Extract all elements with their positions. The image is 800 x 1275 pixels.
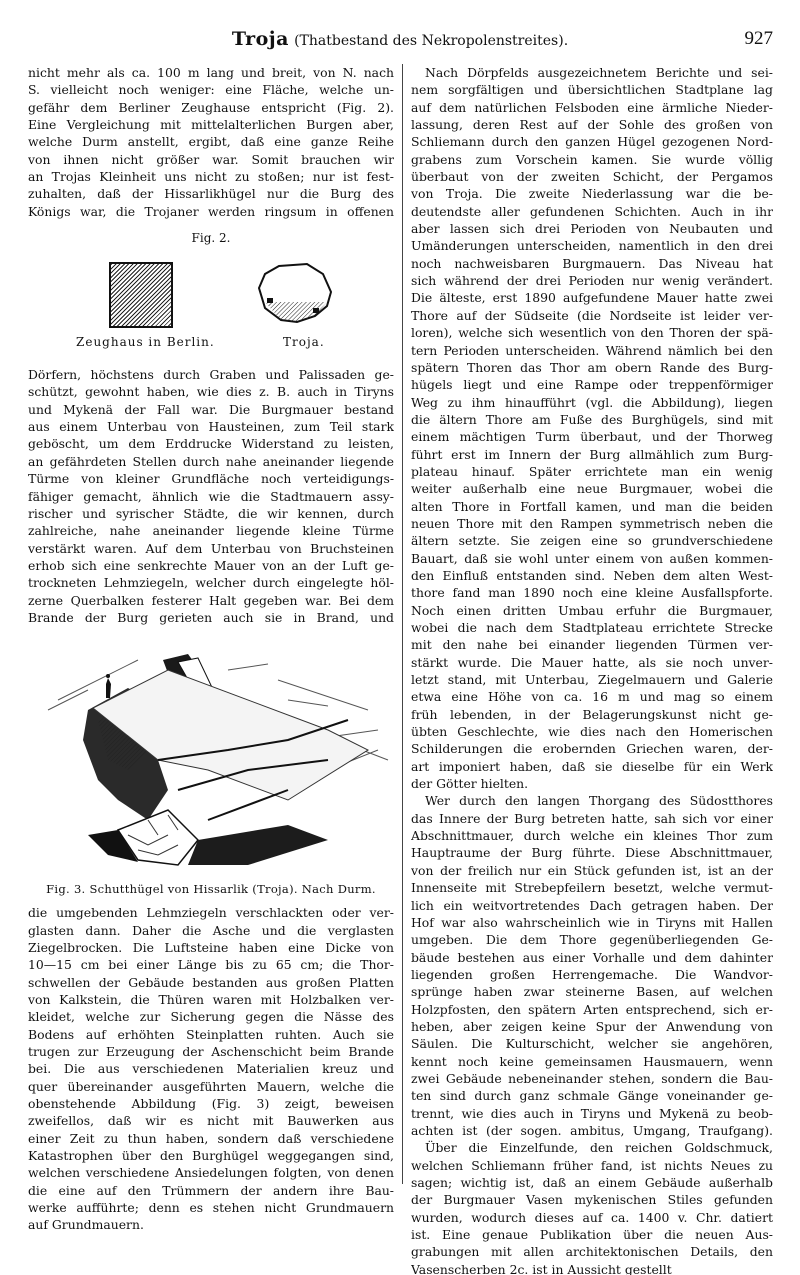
text-line: von ihnen nicht größer war. Somit brauch…: [28, 151, 394, 168]
figure-3: Fig. 3. Schutthügel von Hissarlik (Troja…: [28, 640, 394, 898]
zeughaus-plan-illustration: [109, 262, 173, 328]
text-line: etwa eine Höhe von ca. 16 m und mag so e…: [411, 688, 773, 705]
left-column: nicht mehr als ca. 100 m lang und breit,…: [28, 64, 394, 1234]
text-line: weiter außerhalb eine neue Burgmauer, wo…: [411, 480, 773, 497]
text-line: welchen verschiedene Ansiedelungen folgt…: [28, 1164, 394, 1181]
text-line: die umgebenden Lehmziegeln verschlackten…: [28, 904, 394, 921]
troja-plan-illustration: [257, 262, 333, 326]
text-line: Nach Dörpfelds ausgezeichnetem Berichte …: [411, 64, 773, 81]
text-line: Türme von kleiner Grundfläche noch verte…: [28, 470, 394, 487]
text-line: Katastrophen über den Burghügel weggegan…: [28, 1147, 394, 1164]
text-line: noch nachweisbaren Burgmauern. Das Nivea…: [411, 255, 773, 272]
page-number: 927: [745, 28, 774, 50]
text-line: trennt, wie dies auch in Tiryns und Myke…: [411, 1105, 773, 1122]
text-line: einer Zeit zu thun haben, sondern daß ve…: [28, 1130, 394, 1147]
text-line: welchen Schliemann früher fand, ist nich…: [411, 1157, 773, 1174]
right-paragraph-2: Wer durch den langen Thorgang des Südost…: [411, 792, 773, 1139]
text-line: stärkt wurde. Die Mauer hatte, als sie n…: [411, 654, 773, 671]
text-line: fähiger gemacht, ähnlich wie die Stadtma…: [28, 488, 394, 505]
text-line: ten sind durch ganz schmale Gänge vonein…: [411, 1087, 773, 1104]
right-paragraph-1: Nach Dörpfelds ausgezeichnetem Berichte …: [411, 64, 773, 792]
text-line: Holzpfosten, den spätern Arten entsprech…: [411, 1001, 773, 1018]
figure-2-label-troja: Troja.: [283, 334, 325, 351]
text-line: einem mächtigen Turm überbaut, und der T…: [411, 428, 773, 445]
text-line: Königs war, die Trojaner werden ringsum …: [28, 203, 394, 220]
text-line: führt erst im Innern der Burg allmählich…: [411, 446, 773, 463]
figure-2-caption: Fig. 2.: [28, 230, 394, 247]
left-paragraph-3: die umgebenden Lehmziegeln verschlackten…: [28, 904, 394, 1234]
text-line: von Kalkstein, die Thüren waren mit Holz…: [28, 991, 394, 1008]
left-paragraph-2: Dörfern, höchstens durch Graben und Pali…: [28, 366, 394, 626]
text-line: S. vielleicht noch weniger: eine Fläche,…: [28, 81, 394, 98]
text-line: bäude bestehen aus einer Vorhalle und de…: [411, 949, 773, 966]
figure-2: Fig. 2. Zeughaus in Berlin. Troja.: [28, 230, 394, 358]
text-line: Schliemann durch den ganzen Hügel gezoge…: [411, 133, 773, 150]
text-line: aber lassen sich drei Perioden von Neuba…: [411, 220, 773, 237]
text-line: thore fand man 1890 noch eine kleine Aus…: [411, 584, 773, 601]
text-line: Abschnittmauer, durch welche ein kleines…: [411, 827, 773, 844]
text-line: zwei Gebäude nebeneinander stehen, sonde…: [411, 1070, 773, 1087]
text-line: an gefährdeten Stellen durch nahe aneina…: [28, 453, 394, 470]
text-line: sagen; wichtig ist, daß an einem Gebäude…: [411, 1174, 773, 1191]
text-line: trugen zur Erzeugung der Aschenschicht b…: [28, 1043, 394, 1060]
text-line: alten Thore in Fortfall kamen, und man d…: [411, 498, 773, 515]
text-line: schützt, gewohnt haben, wie dies z. B. a…: [28, 383, 394, 400]
text-line: ist. Eine genaue Publikation über die ne…: [411, 1226, 773, 1243]
text-line: 10—15 cm bei einer Länge bis zu 65 cm; d…: [28, 956, 394, 973]
text-line: verstärkt waren. Auf dem Unterbau von Br…: [28, 540, 394, 557]
title-main: Troja: [232, 28, 289, 50]
text-line: plateau hinauf. Später errichtete man ei…: [411, 463, 773, 480]
text-line: ältern setzte. Sie zeigen eine so grundv…: [411, 532, 773, 549]
text-line: der Burgmauer Vasen mykenischen Stiles g…: [411, 1191, 773, 1208]
text-line: den Einfluß entstanden sind. Neben dem a…: [411, 567, 773, 584]
text-line: tern Perioden unterscheiden. Während näm…: [411, 342, 773, 359]
text-line: erhob sich eine senkrechte Mauer von an …: [28, 557, 394, 574]
page-header: Troja (Thatbestand des Nekropolenstreite…: [0, 28, 800, 54]
text-line: früh lebenden, in der Belagerungskunst n…: [411, 706, 773, 723]
text-line: zweifellos, daß wir es nicht mit Bauwerk…: [28, 1112, 394, 1129]
text-line: Dörfern, höchstens durch Graben und Pali…: [28, 366, 394, 383]
text-line: Thore auf der Südseite (die Nordseite is…: [411, 307, 773, 324]
text-line: lassung, deren Rest auf der Sohle des gr…: [411, 116, 773, 133]
text-line: und Mykenä der Fall war. Die Burgmauer b…: [28, 401, 394, 418]
text-line: Säulen. Die Kulturschicht, welcher sie a…: [411, 1035, 773, 1052]
text-line: art imponiert haben, daß sie dieselbe fü…: [411, 758, 773, 775]
text-line: auf Grundmauern.: [28, 1216, 394, 1233]
right-column: Nach Dörpfelds ausgezeichnetem Berichte …: [411, 64, 773, 1275]
text-line: Schilderungen die erobernden Griechen wa…: [411, 740, 773, 757]
figure-2-label-zeughaus: Zeughaus in Berlin.: [76, 334, 215, 351]
text-line: Umänderungen unterscheiden, namentlich i…: [411, 237, 773, 254]
text-line: Hauptraume der Burg führte. Diese Abschn…: [411, 844, 773, 861]
text-line: Ziegelbrocken. Die Luftsteine haben eine…: [28, 939, 394, 956]
text-line: wurden, wodurch dieses auf ca. 1400 v. C…: [411, 1209, 773, 1226]
text-line: heben, aber zeigen keine Spur der Anwend…: [411, 1018, 773, 1035]
left-paragraph-1: nicht mehr als ca. 100 m lang und breit,…: [28, 64, 394, 220]
text-line: achten ist (der sogen. ambitus, Umgang, …: [411, 1122, 773, 1139]
text-line: Eine Vergleichung mit mittelalterlichen …: [28, 116, 394, 133]
text-line: von Troja. Die zweite Niederlassung war …: [411, 185, 773, 202]
right-paragraph-3: Über die Einzelfunde, den reichen Goldsc…: [411, 1139, 773, 1275]
text-line: umgeben. Die dem Thore gegenüberliegende…: [411, 931, 773, 948]
text-line: werke aufführte; denn es stehen nicht Gr…: [28, 1199, 394, 1216]
column-divider: [402, 64, 403, 1184]
text-line: lich ein weitvortretendes Dach getragen …: [411, 897, 773, 914]
text-line: liegenden großen Herrengemache. Die Wand…: [411, 966, 773, 983]
text-line: aus einem Unterbau von Hausteinen, zum T…: [28, 418, 394, 435]
text-line: kleidet, welche zur Sicherung gegen die …: [28, 1008, 394, 1025]
text-line: rischer und syrischer Städte, die wir ke…: [28, 505, 394, 522]
text-line: sich während der drei Perioden nur wenig…: [411, 272, 773, 289]
text-line: die ältern Thore am Fuße des Burghügels,…: [411, 411, 773, 428]
text-line: an Trojas Kleinheit uns nicht zu stoßen;…: [28, 168, 394, 185]
text-line: welche Durm anstellt, ergibt, daß eine g…: [28, 133, 394, 150]
text-line: Innenseite mit Strebepfeilern besetzt, w…: [411, 879, 773, 896]
text-line: spätern Thoren das Thor am obern Rande d…: [411, 359, 773, 376]
text-line: Hof war also wahrscheinlich wie in Tiryn…: [411, 914, 773, 931]
text-line: geböscht, um dem Erddrucke Widerstand zu…: [28, 435, 394, 452]
text-line: bei. Die aus verschiedenen Materialien k…: [28, 1060, 394, 1077]
text-line: deutendste aller gefundenen Schichten. A…: [411, 203, 773, 220]
text-line: das Innere der Burg betreten hatte, sah …: [411, 810, 773, 827]
text-line: übten Geschlechte, wie dies nach den Hom…: [411, 723, 773, 740]
text-line: Wer durch den langen Thorgang des Südost…: [411, 792, 773, 809]
text-line: zuhalten, daß der Hissarlikhügel nur die…: [28, 185, 394, 202]
text-line: mit den nahe bei einander liegenden Türm…: [411, 636, 773, 653]
text-line: Die älteste, erst 1890 aufgefundene Maue…: [411, 289, 773, 306]
text-line: Bauart, daß sie wohl unter einem von auß…: [411, 550, 773, 567]
text-line: überbaut von der zweiten Schicht, der Pe…: [411, 168, 773, 185]
text-line: Über die Einzelfunde, den reichen Goldsc…: [411, 1139, 773, 1156]
text-line: zerne Querbalken festerer Halt gegeben w…: [28, 592, 394, 609]
text-line: Noch einen dritten Umbau erfuhr die Burg…: [411, 602, 773, 619]
running-title: Troja (Thatbestand des Nekropolenstreite…: [200, 28, 600, 50]
text-line: neuen Thore mit den Rampen symmetrisch n…: [411, 515, 773, 532]
text-line: obenstehende Abbildung (Fig. 3) zeigt, b…: [28, 1095, 394, 1112]
text-line: quer übereinander ausgeführten Mauern, w…: [28, 1078, 394, 1095]
text-line: grabens zum Vorschein kamen. Sie wurde v…: [411, 151, 773, 168]
text-line: kennt noch keine gemeinsamen Hausmauern,…: [411, 1053, 773, 1070]
text-line: Brande der Burg gerieten auch sie in Bra…: [28, 609, 394, 626]
text-line: nem sorgfältigen und übersichtlichen Sta…: [411, 81, 773, 98]
figure-3-caption: Fig. 3. Schutthügel von Hissarlik (Troja…: [28, 881, 394, 898]
text-line: letzt stand, mit Unterbau, Ziegelmauern …: [411, 671, 773, 688]
text-line: grabungen mit allen architektonischen De…: [411, 1243, 773, 1260]
text-line: von der freilich nur ein Stück gefunden …: [411, 862, 773, 879]
text-line: sprünge haben zwar steinerne Basen, auf …: [411, 983, 773, 1000]
text-line: nicht mehr als ca. 100 m lang und breit,…: [28, 64, 394, 81]
text-line: hügels liegt und eine Rampe oder treppen…: [411, 376, 773, 393]
text-line: Bodens auf erhöhten Steinplatten ruhten.…: [28, 1026, 394, 1043]
text-line: gefähr dem Berliner Zeughause entspricht…: [28, 99, 394, 116]
text-line: Weg zu ihm hinaufführt (vgl. die Abbildu…: [411, 394, 773, 411]
text-line: Vasenscherben 2c. ist in Aussicht gestel…: [411, 1261, 773, 1275]
text-line: trockneten Lehmziegeln, welcher durch ei…: [28, 574, 394, 591]
text-line: zahlreiche, nahe aneinander liegende kle…: [28, 522, 394, 539]
text-line: der Götter hielten.: [411, 775, 773, 792]
text-line: auf dem natürlichen Felsboden eine ärmli…: [411, 99, 773, 116]
text-line: die eine auf den Trümmern der andern ihr…: [28, 1182, 394, 1199]
text-line: schwellen der Gebäude bestanden aus groß…: [28, 974, 394, 991]
text-line: glasten dann. Daher die Asche und die ve…: [28, 922, 394, 939]
text-line: wobei die nach dem Stadtplateau errichte…: [411, 619, 773, 636]
hissarlik-mound-illustration: [28, 640, 394, 876]
title-sub: (Thatbestand des Nekropolenstreites).: [294, 33, 568, 49]
text-line: loren), welche sich wesentlich von den T…: [411, 324, 773, 341]
